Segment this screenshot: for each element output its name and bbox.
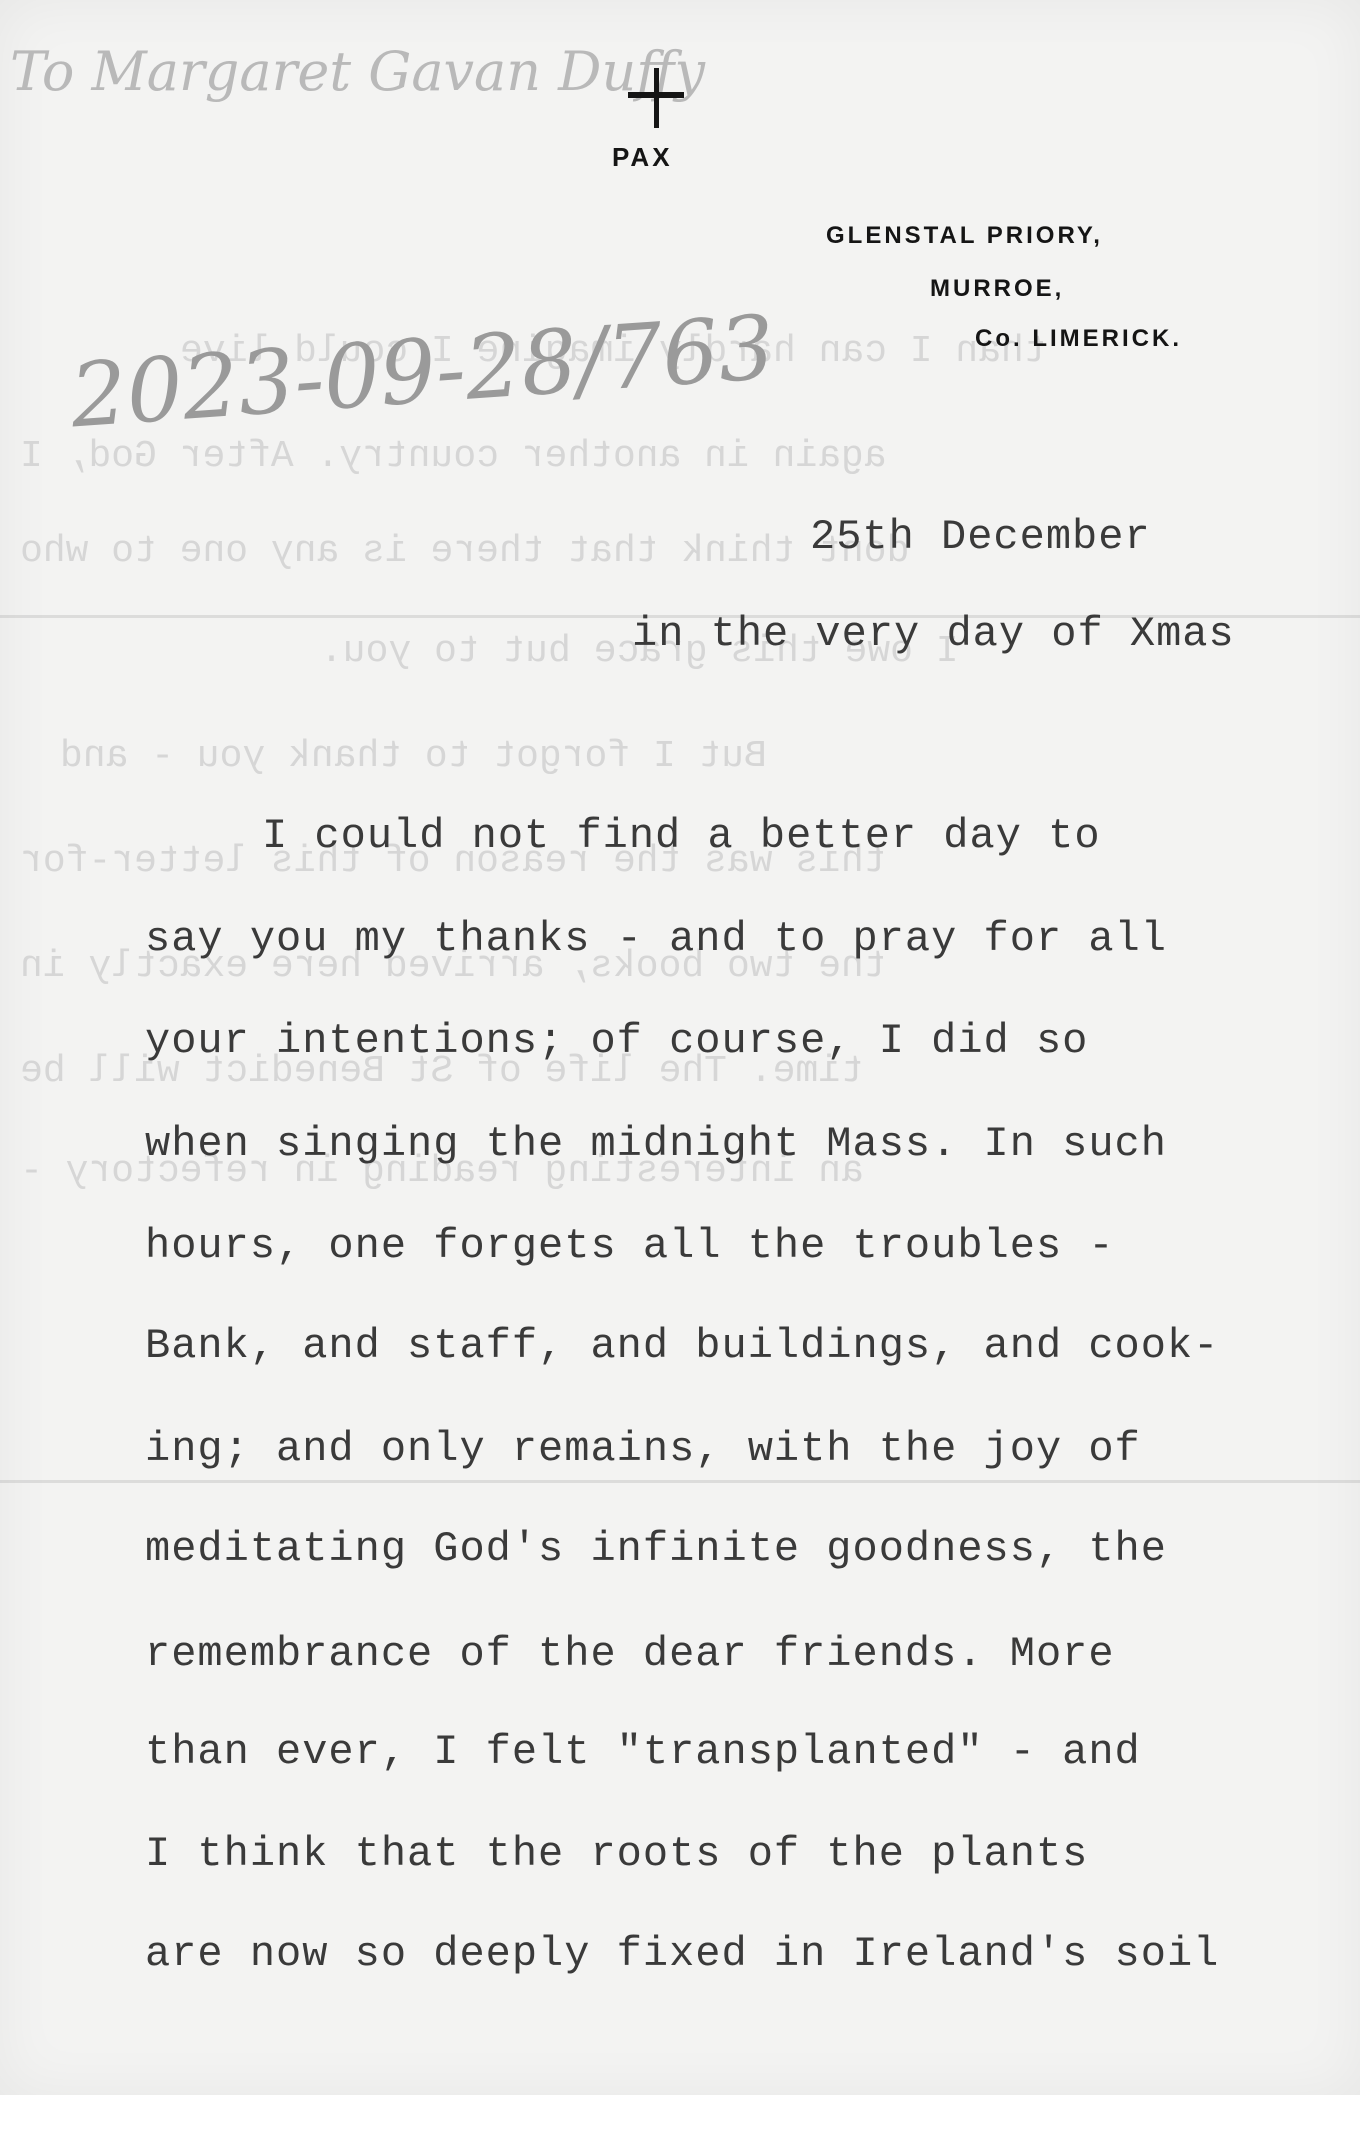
letterhead-address-line: MURROE,: [930, 275, 1064, 303]
date-subline: in the very day of Xmas: [632, 610, 1235, 658]
body-line: I think that the roots of the plants: [145, 1830, 1088, 1878]
recipient-note: To Margaret Gavan Duffy: [10, 40, 705, 103]
cross-icon: [628, 68, 684, 128]
body-line: are now so deeply fixed in Ireland's soi…: [145, 1930, 1219, 1978]
bleed-through-line: dont think that there is any one to who: [20, 530, 909, 573]
body-line: remembrance of the dear friends. More: [145, 1630, 1115, 1678]
body-line: hours, one forgets all the troubles -: [145, 1222, 1115, 1270]
body-line: when singing the midnight Mass. In such: [145, 1120, 1167, 1168]
letterhead-address-line: GLENSTAL PRIORY,: [826, 222, 1103, 250]
body-line: your intentions; of course, I did so: [145, 1017, 1088, 1065]
body-line: meditating God's infinite goodness, the: [145, 1525, 1167, 1573]
archive-number: 2023-09-28/763: [67, 296, 777, 448]
body-line: I could not find a better day to: [262, 812, 1101, 860]
letterhead-motto: PAX: [612, 142, 673, 173]
date-line: 25th December: [810, 513, 1151, 561]
fold-line: [0, 1480, 1360, 1483]
body-line: than ever, I felt "transplanted" - and: [145, 1728, 1141, 1776]
body-line: Bank, and staff, and buildings, and cook…: [145, 1322, 1219, 1370]
body-line: say you my thanks - and to pray for all: [145, 915, 1167, 963]
letter-page: than I can hardly imagine I could live a…: [0, 0, 1360, 2095]
bleed-through-line: But I forgot to thank you - and: [60, 735, 767, 778]
body-line: ing; and only remains, with the joy of: [145, 1425, 1141, 1473]
letterhead-address-line: Co. LIMERICK.: [975, 325, 1182, 353]
